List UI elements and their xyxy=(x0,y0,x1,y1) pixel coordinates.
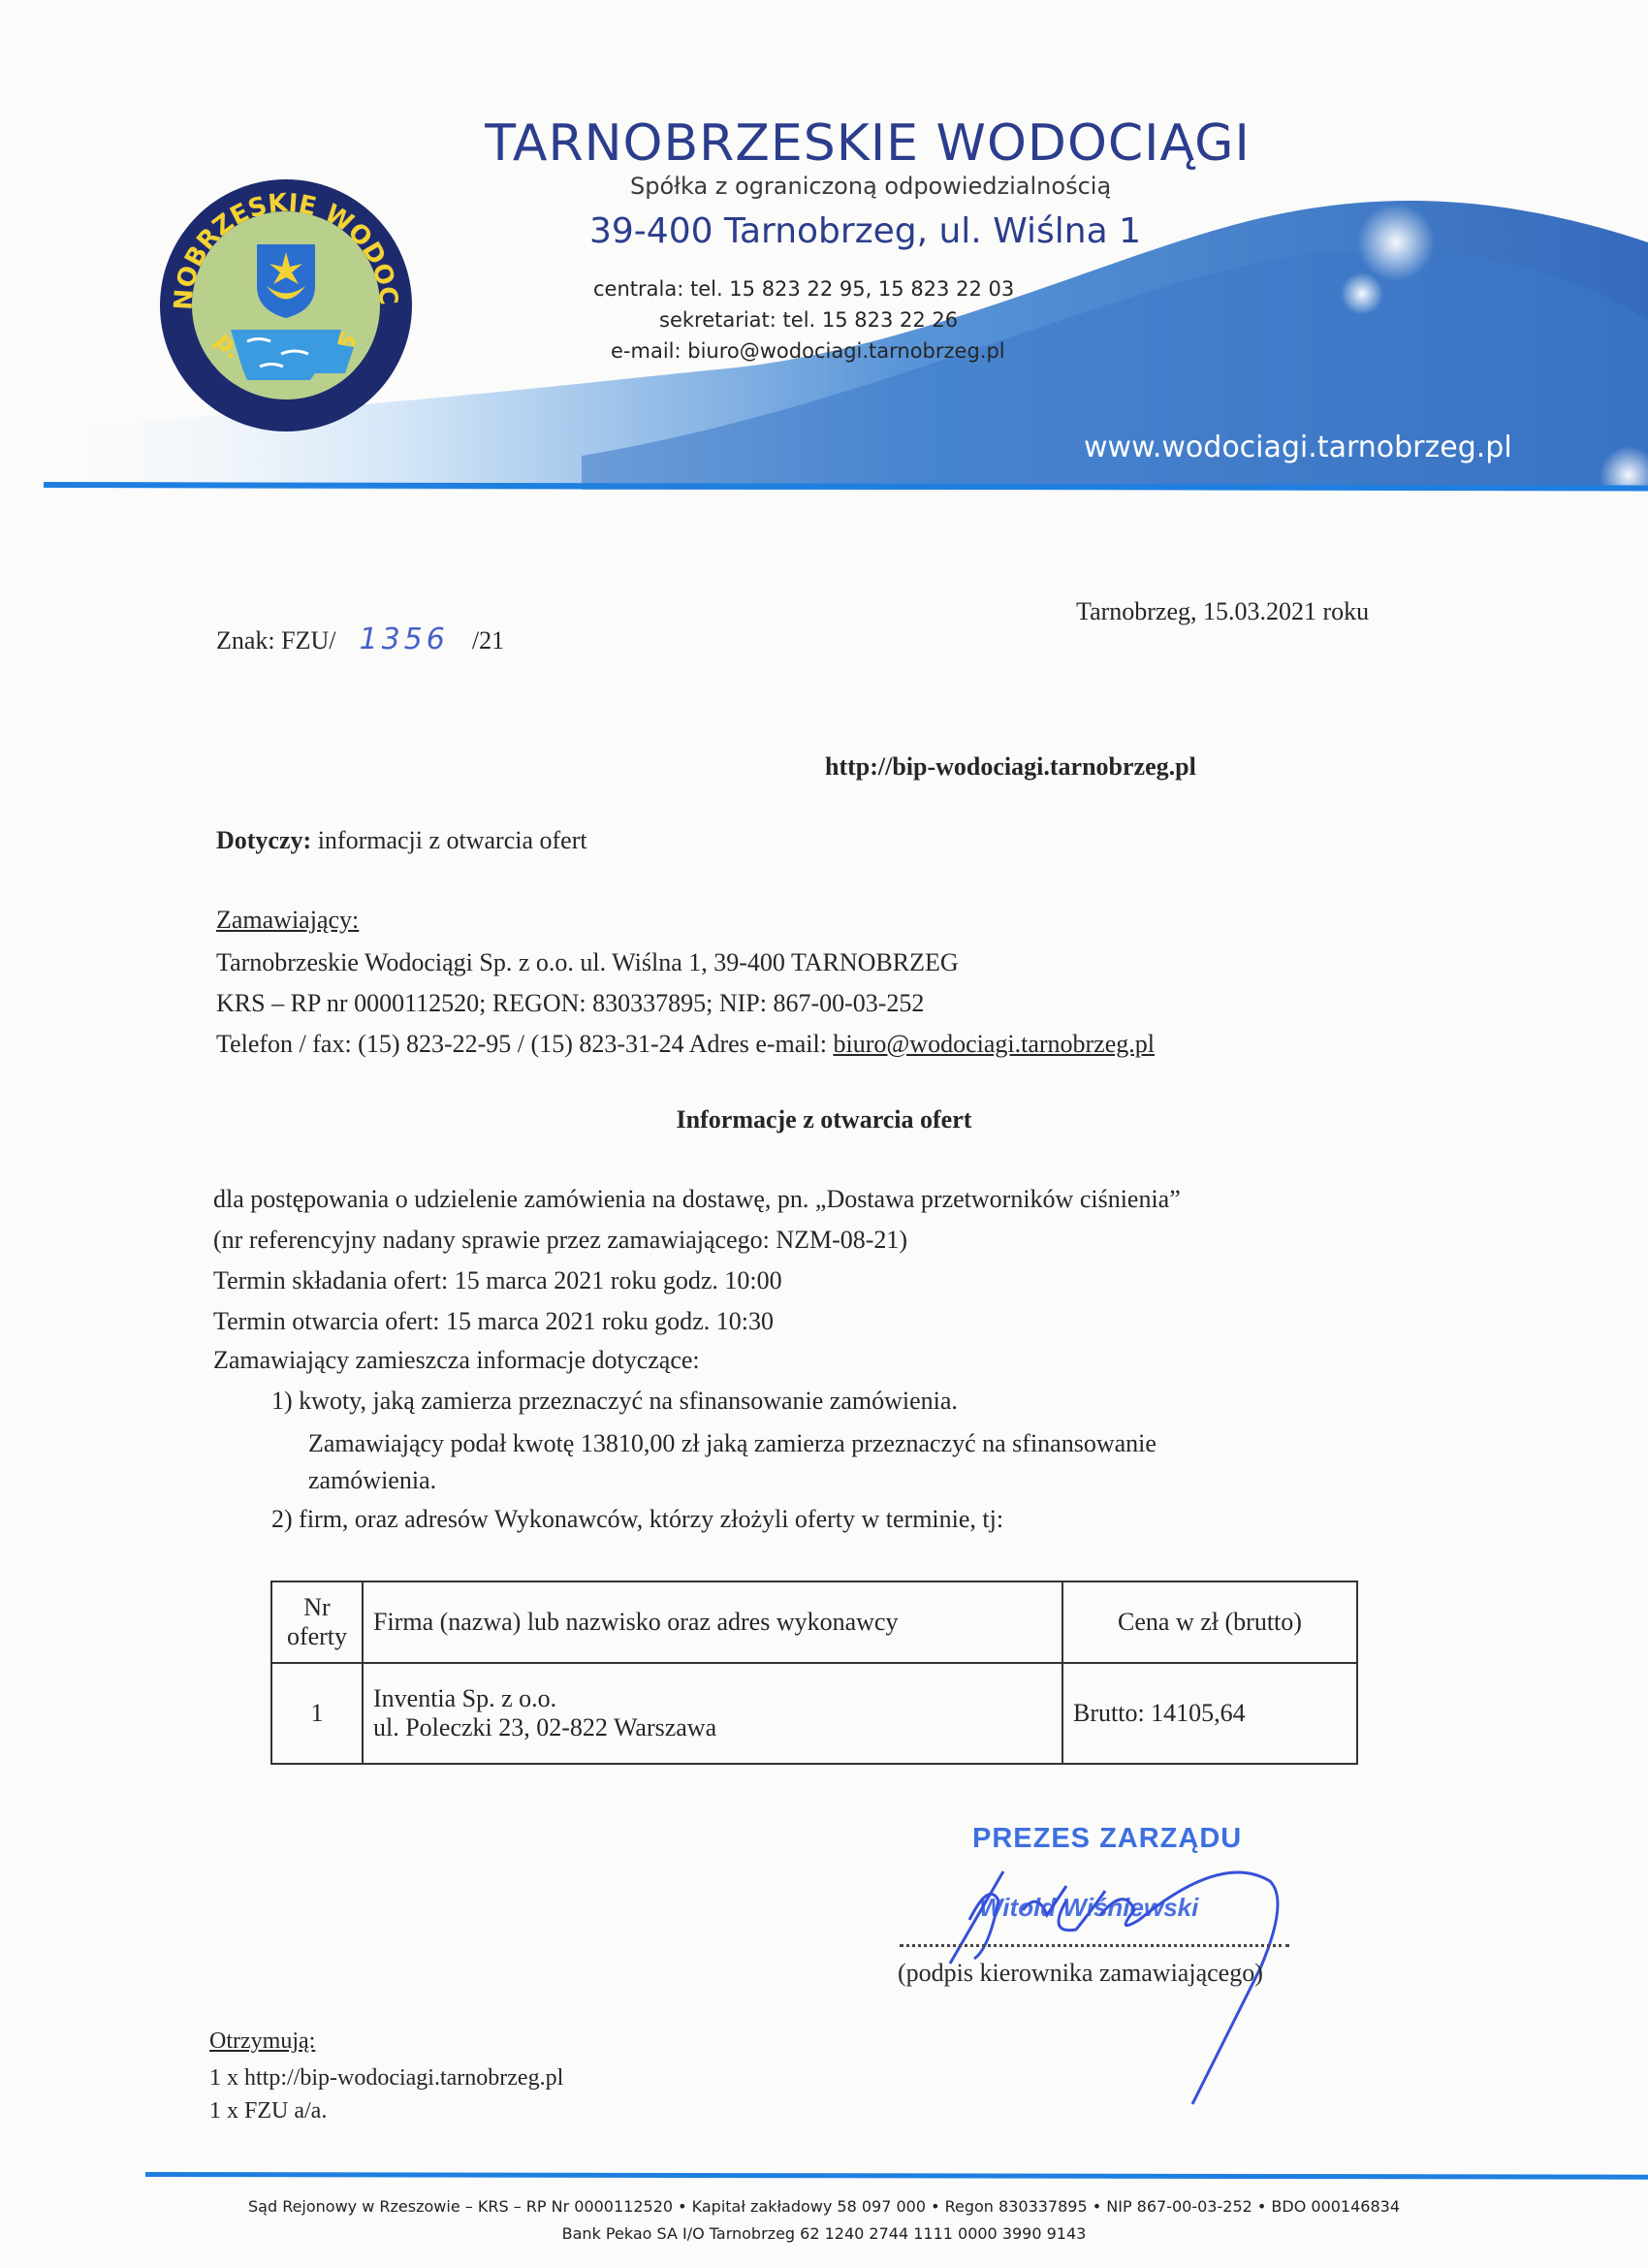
handwritten-signature xyxy=(931,1862,1338,2114)
list-item-2-text: firm, oraz adresów Wykonawców, którzy zł… xyxy=(299,1505,1003,1533)
column-header-company: Firma (nazwa) lub nazwisko oraz adres wy… xyxy=(363,1581,1062,1663)
body-line-reference: (nr referencyjny nadany sprawie przez za… xyxy=(213,1226,907,1255)
list-item-1-detail-line1: Zamawiający podał kwotę 13810,00 zł jaką… xyxy=(308,1429,1157,1458)
footer-divider xyxy=(145,2172,1648,2180)
table-header-row: Nr oferty Firma (nazwa) lub nazwisko ora… xyxy=(271,1581,1357,1663)
offers-table: Nr oferty Firma (nazwa) lub nazwisko ora… xyxy=(270,1581,1358,1765)
contact-email[interactable]: e-mail: biuro@wodociagi.tarnobrzeg.pl xyxy=(611,339,1005,363)
subject: Dotyczy: informacji z otwarcia ofert xyxy=(216,826,587,855)
company-logo: TARNOBRZESKIE WODOCIĄGI Sp. z o.o. 1967 xyxy=(155,175,417,436)
orderer-line3: Telefon / fax: (15) 823-22-95 / (15) 823… xyxy=(216,1030,1155,1059)
company-name: TARNOBRZESKIE WODOCIĄGI xyxy=(456,114,1280,173)
body-line-intro: Zamawiający zamieszcza informacje dotycz… xyxy=(213,1346,700,1375)
column-header-nr-line2: oferty xyxy=(282,1622,352,1651)
orderer-line2: KRS – RP nr 0000112520; REGON: 830337895… xyxy=(216,989,924,1018)
reference-prefix: Znak: FZU/ xyxy=(216,626,336,655)
website-link[interactable]: www.wodociagi.tarnobrzeg.pl xyxy=(1084,431,1512,464)
reference-mark: Znak: FZU/1356/21 xyxy=(216,623,504,656)
reference-number-handwritten: 1356 xyxy=(360,623,449,656)
body-line-opening-date: Termin otwarcia ofert: 15 marca 2021 rok… xyxy=(213,1307,774,1336)
table-row: 1 Inventia Sp. z o.o. ul. Poleczki 23, 0… xyxy=(271,1663,1357,1764)
place-date: Tarnobrzeg, 15.03.2021 roku xyxy=(1076,597,1369,626)
company-address-line: ul. Poleczki 23, 02-822 Warszawa xyxy=(373,1713,1052,1742)
footer-bank-account: Bank Pekao SA I/O Tarnobrzeg 62 1240 274… xyxy=(0,2224,1648,2243)
orderer-email-link[interactable]: biuro@wodociagi.tarnobrzeg.pl xyxy=(833,1030,1155,1058)
reference-suffix: /21 xyxy=(472,626,504,655)
column-header-price: Cena w zł (brutto) xyxy=(1062,1581,1357,1663)
subject-label: Dotyczy: xyxy=(216,826,311,854)
stamp-title: PREZES ZARZĄDU xyxy=(972,1823,1242,1855)
column-header-nr: Nr oferty xyxy=(271,1581,363,1663)
bip-url[interactable]: http://bip-wodociagi.tarnobrzeg.pl xyxy=(825,752,1196,782)
list-item-1: 1) kwoty, jaką zamierza przeznaczyć na s… xyxy=(271,1387,958,1416)
signature-line xyxy=(900,1944,1289,1947)
signature-caption: (podpis kierownika zamawiającego) xyxy=(898,1959,1263,1988)
subject-text: informacji z otwarcia ofert xyxy=(311,826,586,854)
cell-company: Inventia Sp. z o.o. ul. Poleczki 23, 02-… xyxy=(363,1663,1062,1764)
footer-registration: Sąd Rejonowy w Rzeszowie – KRS – RP Nr 0… xyxy=(0,2197,1648,2216)
column-header-nr-line1: Nr xyxy=(282,1593,352,1622)
cell-price: Brutto: 14105,64 xyxy=(1062,1663,1357,1764)
orderer-line1: Tarnobrzeskie Wodociągi Sp. z o.o. ul. W… xyxy=(216,948,959,977)
list-item-1-text: kwoty, jaką zamierza przeznaczyć na sfin… xyxy=(299,1387,958,1415)
company-address: 39-400 Tarnobrzeg, ul. Wiślna 1 xyxy=(589,211,1141,251)
recipients-label: Otrzymują: xyxy=(209,2028,315,2055)
company-name-line: Inventia Sp. z o.o. xyxy=(373,1684,1052,1713)
list-item-1-detail-line2: zamówienia. xyxy=(308,1466,436,1495)
orderer-label: Zamawiający: xyxy=(216,906,359,935)
list-item-1-number: 1) xyxy=(271,1387,293,1415)
list-item-2: 2) firm, oraz adresów Wykonawców, którzy… xyxy=(271,1505,1003,1534)
recipient-item: 1 x http://bip-wodociagi.tarnobrzeg.pl xyxy=(209,2065,563,2092)
letterhead: TARNOBRZESKIE WODOCIĄGI Sp. z o.o. 1967 … xyxy=(0,0,1648,495)
contact-central: centrala: tel. 15 823 22 95, 15 823 22 0… xyxy=(593,277,1014,301)
recipient-item: 1 x FZU a/a. xyxy=(209,2098,327,2124)
orderer-contact: Telefon / fax: (15) 823-22-95 / (15) 823… xyxy=(216,1030,833,1058)
body-line-submission-deadline: Termin składania ofert: 15 marca 2021 ro… xyxy=(213,1266,782,1295)
body-line-procedure: dla postępowania o udzielenie zamówienia… xyxy=(213,1185,1181,1214)
list-item-2-number: 2) xyxy=(271,1505,293,1533)
contact-secretariat: sekretariat: tel. 15 823 22 26 xyxy=(659,308,958,332)
company-legal-form: Spółka z ograniczoną odpowiedzialnością xyxy=(630,173,1111,200)
cell-nr: 1 xyxy=(271,1663,363,1764)
section-title: Informacje z otwarcia ofert xyxy=(0,1105,1648,1134)
